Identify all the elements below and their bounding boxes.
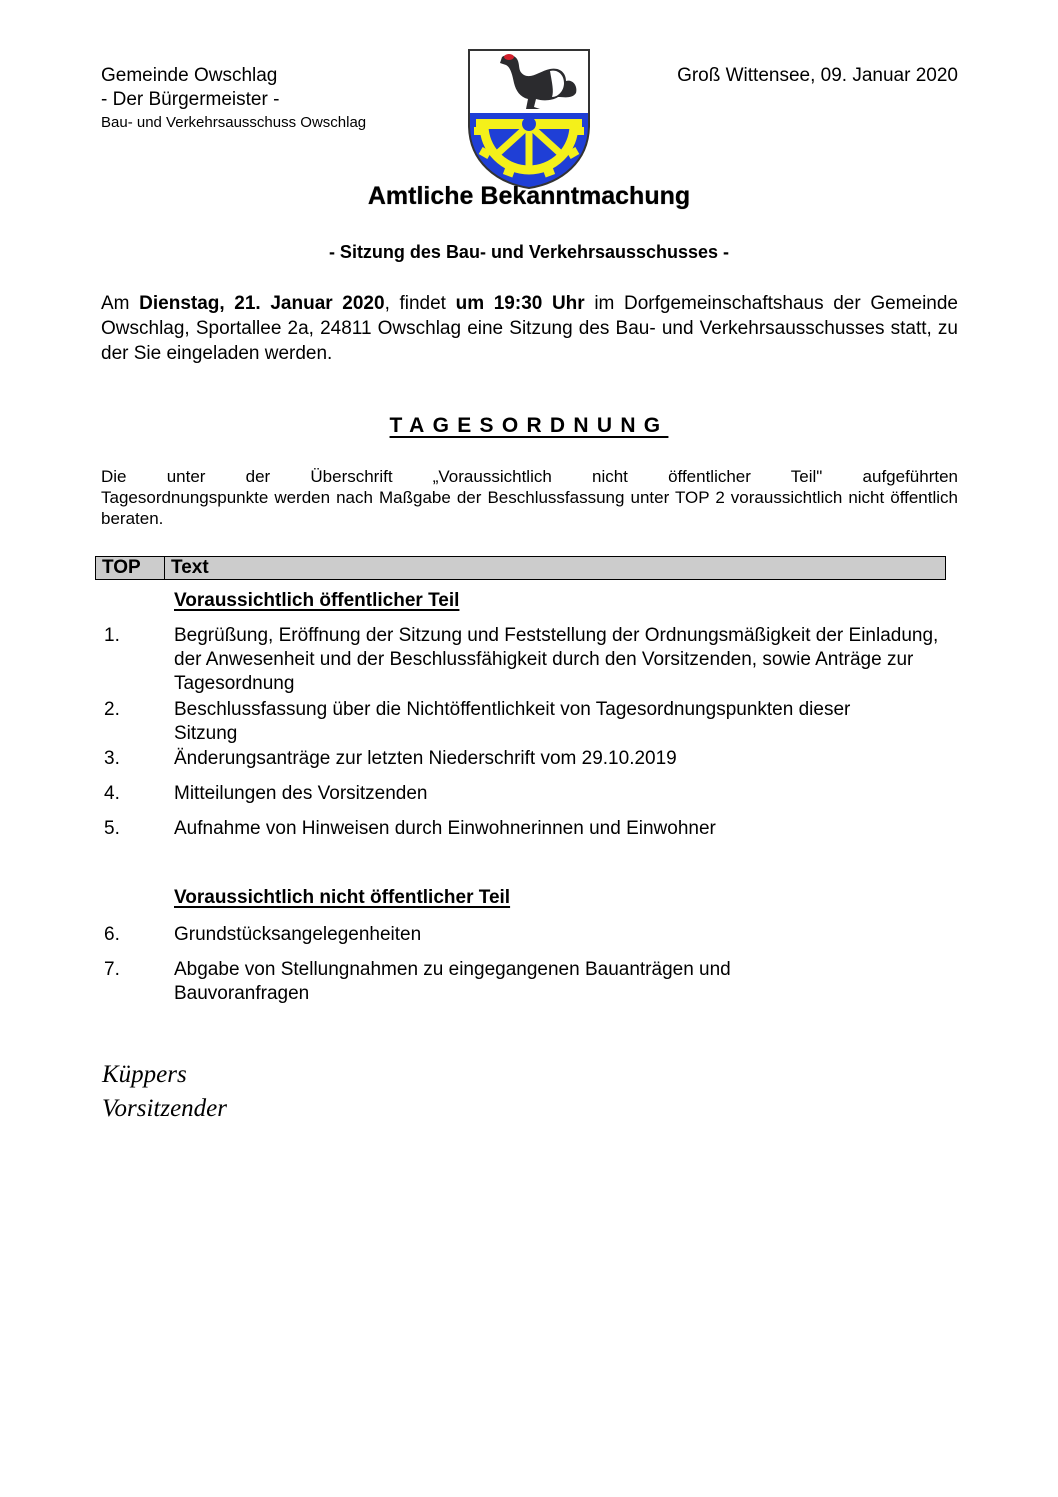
agenda-item-number: 1.	[104, 624, 144, 648]
coat-of-arms-icon	[466, 47, 592, 191]
note-line: Tagesordnungspunkte werden nach Maßgabe …	[101, 488, 958, 528]
meeting-announcement: Am Dienstag, 21. Januar 2020, findet um …	[101, 291, 958, 366]
sender-block: Gemeinde Owschlag - Der Bürgermeister - …	[101, 64, 366, 134]
agenda-item-text: Grundstücksangelegenheiten	[174, 923, 944, 947]
municipality-name: Gemeinde Owschlag	[101, 64, 366, 88]
agenda-item-number: 2.	[104, 698, 144, 722]
agenda-item-text: Begrüßung, Eröffnung der Sitzung und Fes…	[174, 624, 944, 696]
intro-text: , findet	[385, 293, 456, 314]
agenda-item-number: 6.	[104, 923, 144, 947]
place-and-date: Groß Wittensee, 09. Januar 2020	[677, 64, 958, 88]
agenda-table-header: TOP Text	[95, 556, 946, 580]
intro-text: Am	[101, 293, 139, 314]
agenda-item-text: Änderungsanträge zur letzten Niederschri…	[174, 747, 944, 771]
meeting-time: um 19:30 Uhr	[456, 293, 585, 314]
note-line: Die unter der Überschrift „Voraussichtli…	[101, 466, 958, 487]
agenda-note: Die unter der Überschrift „Voraussichtli…	[101, 466, 958, 529]
meeting-date: Dienstag, 21. Januar 2020	[139, 293, 384, 314]
agenda-item-number: 7.	[104, 958, 144, 982]
column-header-top: TOP	[96, 557, 165, 580]
agenda-heading-text: TAGESORDNUNG	[390, 414, 669, 437]
signature-name: Küppers	[102, 1058, 187, 1092]
agenda-item-text: Abgabe von Stellungnahmen zu eingegangen…	[174, 958, 814, 1006]
section-public-heading: Voraussichtlich öffentlicher Teil	[174, 590, 459, 612]
document-title: Amtliche Bekanntmachung	[0, 182, 1058, 211]
mayor-role: - Der Bürgermeister -	[101, 88, 366, 112]
column-header-text: Text	[165, 557, 946, 580]
agenda-item-number: 5.	[104, 817, 144, 841]
committee-name: Bau- und Verkehrsausschuss Owschlag	[101, 112, 366, 134]
agenda-heading: TAGESORDNUNG	[0, 414, 1058, 438]
section-nonpublic-heading: Voraussichtlich nicht öffentlicher Teil	[174, 887, 510, 909]
agenda-item-number: 3.	[104, 747, 144, 771]
agenda-item-text: Aufnahme von Hinweisen durch Einwohnerin…	[174, 817, 944, 841]
agenda-item-text: Mitteilungen des Vorsitzenden	[174, 782, 944, 806]
agenda-item-number: 4.	[104, 782, 144, 806]
signature-title: Vorsitzender	[102, 1092, 227, 1126]
document-subtitle: - Sitzung des Bau- und Verkehrsausschuss…	[0, 242, 1058, 263]
agenda-item-text: Beschlussfassung über die Nichtöffentlic…	[174, 698, 894, 746]
